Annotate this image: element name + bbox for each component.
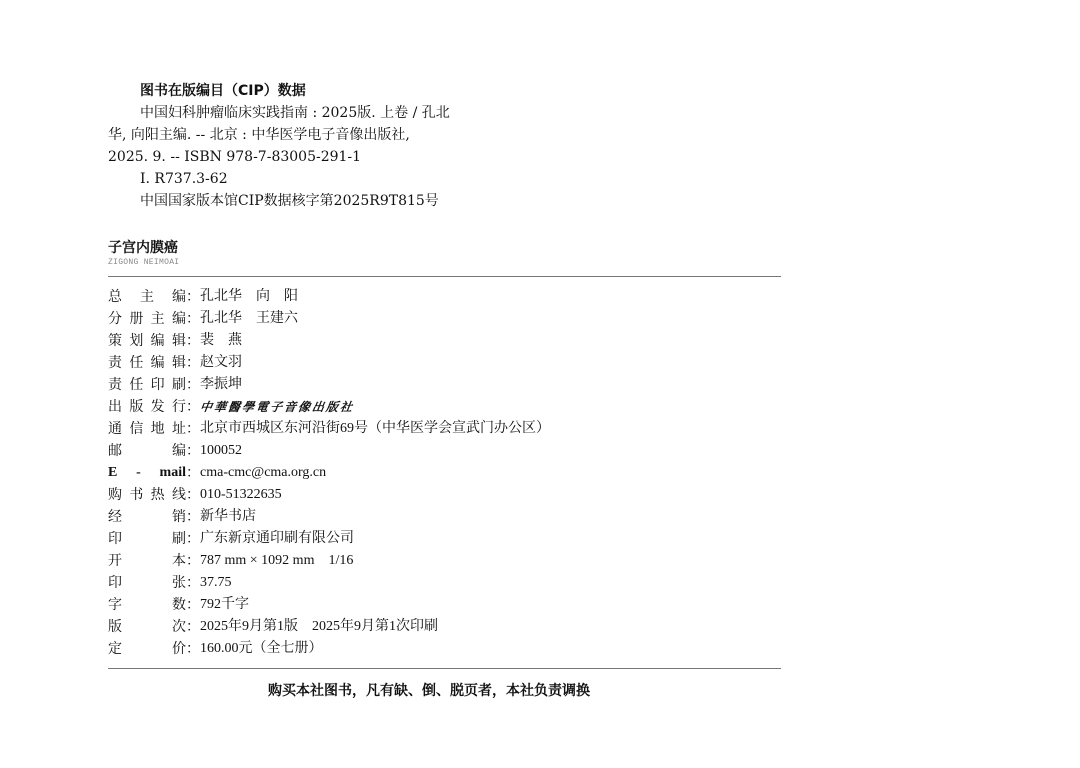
info-value: cma-cmc@cma.org.cn [200, 462, 326, 484]
info-label: 策划编辑 [108, 330, 186, 352]
cip-line: 华, 向阳主编. -- 北京 : 中华医学电子音像出版社, [108, 124, 508, 146]
info-row: 开本：787 mm × 1092 mm 1/16 [108, 550, 550, 572]
info-label: 通信地址 [108, 418, 186, 440]
info-value: 李振坤 [200, 374, 242, 396]
info-colon: ： [186, 352, 200, 374]
info-colon: ： [186, 286, 200, 308]
info-label: 版次 [108, 616, 186, 638]
info-value: 广东新京通印刷有限公司 [200, 528, 354, 550]
info-colon: ： [186, 616, 200, 638]
info-label: 定价 [108, 638, 186, 660]
info-colon: ： [186, 308, 200, 330]
return-policy-notice: 购买本社图书，凡有缺、倒、脱页者，本社负责调换 [268, 680, 590, 700]
cip-line: Ⅰ. R737.3-62 [108, 168, 508, 190]
info-row: 责任编辑：赵文羽 [108, 352, 550, 374]
info-row: 经销：新华书店 [108, 506, 550, 528]
info-value: 孔北华 王建六 [200, 308, 298, 330]
info-colon: ： [186, 484, 200, 506]
info-value: 2025年9月第1版 2025年9月第1次印刷 [200, 616, 438, 638]
info-row: 通信地址：北京市西城区东河沿街69号（中华医学会宣武门办公区） [108, 418, 550, 440]
info-row: 分册主编：孔北华 王建六 [108, 308, 550, 330]
info-colon: ： [186, 418, 200, 440]
info-colon: ： [186, 506, 200, 528]
cip-line: 2025. 9. -- ISBN 978-7-83005-291-1 [108, 146, 508, 168]
info-label: 总主编 [108, 286, 186, 308]
info-colon: ： [186, 528, 200, 550]
info-label: 购书热线 [108, 484, 186, 506]
info-row: 责任印刷：李振坤 [108, 374, 550, 396]
info-label: E-mail [108, 462, 186, 484]
info-colon: ： [186, 462, 200, 484]
info-value: 赵文羽 [200, 352, 242, 374]
info-value: 裴 燕 [200, 330, 242, 352]
info-row: 策划编辑：裴 燕 [108, 330, 550, 352]
cip-line: 中国国家版本馆CIP数据核字第2025R9T815号 [108, 190, 508, 212]
publication-info: 总主编：孔北华 向 阳分册主编：孔北华 王建六策划编辑：裴 燕责任编辑：赵文羽责… [108, 286, 550, 660]
info-colon: ： [186, 374, 200, 396]
info-label: 分册主编 [108, 308, 186, 330]
info-value: 792千字 [200, 594, 249, 616]
info-colon: ： [186, 594, 200, 616]
info-value: 孔北华 向 阳 [200, 286, 298, 308]
cip-heading: 图书在版编目（CIP）数据 [108, 80, 508, 102]
info-row: 购书热线：010-51322635 [108, 484, 550, 506]
book-pinyin: ZIGONG NEIMOAI [108, 258, 179, 267]
publisher-logo-text: 中華醫學電子音像出版社 [198, 396, 355, 418]
book-title: 子宫内膜癌 [108, 237, 178, 257]
info-label: 邮编 [108, 440, 186, 462]
info-colon: ： [186, 440, 200, 462]
info-value: 160.00元（全七册） [200, 638, 323, 660]
info-value: 新华书店 [200, 506, 256, 528]
info-label: 责任印刷 [108, 374, 186, 396]
info-label: 印张 [108, 572, 186, 594]
info-label: 经销 [108, 506, 186, 528]
info-value: 010-51322635 [200, 484, 282, 506]
info-value: 北京市西城区东河沿街69号（中华医学会宣武门办公区） [200, 418, 550, 440]
info-row: E-mail：cma-cmc@cma.org.cn [108, 462, 550, 484]
divider-top [108, 276, 781, 277]
cip-block: 图书在版编目（CIP）数据 中国妇科肿瘤临床实践指南 : 2025版. 上卷 /… [108, 80, 508, 212]
info-row: 定价：160.00元（全七册） [108, 638, 550, 660]
info-label: 开本 [108, 550, 186, 572]
info-colon: ： [186, 330, 200, 352]
info-value: 100052 [200, 440, 242, 462]
info-label: 责任编辑 [108, 352, 186, 374]
info-colon: ： [186, 550, 200, 572]
info-value: 37.75 [200, 572, 232, 594]
divider-bottom [108, 668, 781, 669]
info-label: 出版发行 [108, 396, 186, 418]
info-row: 总主编：孔北华 向 阳 [108, 286, 550, 308]
info-row: 版次：2025年9月第1版 2025年9月第1次印刷 [108, 616, 550, 638]
info-row: 出版发行：中華醫學電子音像出版社 [108, 396, 550, 418]
info-value: 787 mm × 1092 mm 1/16 [200, 550, 353, 572]
info-row: 字数：792千字 [108, 594, 550, 616]
info-colon: ： [186, 572, 200, 594]
info-label: 字数 [108, 594, 186, 616]
info-colon: ： [186, 638, 200, 660]
info-row: 邮编：100052 [108, 440, 550, 462]
cip-line: 中国妇科肿瘤临床实践指南 : 2025版. 上卷 / 孔北 [108, 102, 508, 124]
info-label: 印刷 [108, 528, 186, 550]
info-row: 印刷：广东新京通印刷有限公司 [108, 528, 550, 550]
info-row: 印张：37.75 [108, 572, 550, 594]
